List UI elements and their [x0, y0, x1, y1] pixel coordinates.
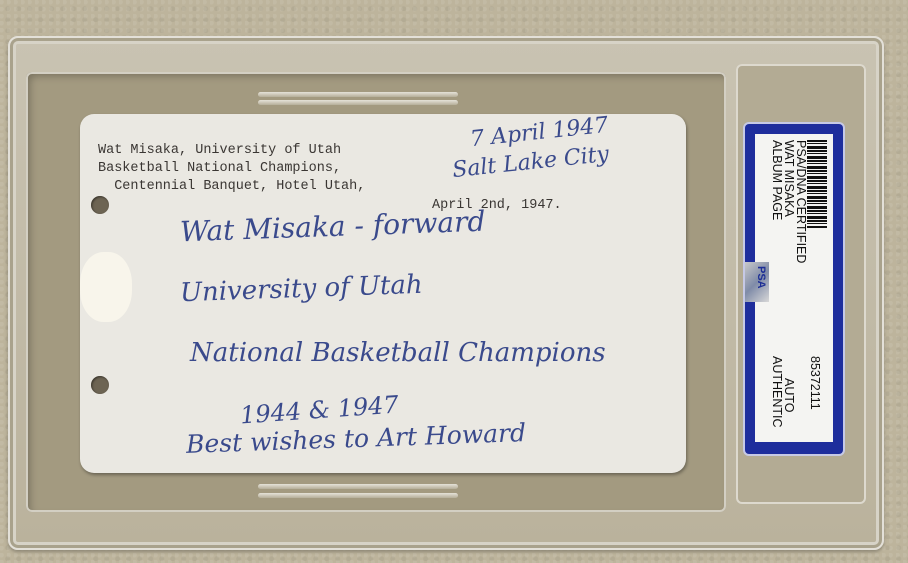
label-certification: PSA/DNA CERTIFIED	[794, 140, 807, 263]
inscription-university: University of Utah	[180, 270, 424, 308]
inscription-champions: National Basketball Champions	[190, 338, 606, 368]
typed-caption: Wat Misaka, University of UtahBasketball…	[98, 142, 365, 196]
case-rail-bottom-2	[258, 493, 458, 498]
case-rail-top	[258, 92, 458, 97]
binder-hole-top	[91, 196, 109, 214]
case-rail-top-2	[258, 100, 458, 105]
case-rail-bottom	[258, 484, 458, 489]
typed-line-3: Centennial Banquet, Hotel Utah,	[98, 178, 365, 196]
inscription-dedication: Best wishes to Art Howard	[186, 418, 527, 459]
label-cert-number: 85372111	[808, 356, 821, 410]
barcode-icon	[807, 140, 827, 228]
binder-hole-bottom	[91, 376, 109, 394]
signature-line: Wat Misaka - forward	[180, 205, 486, 249]
label-grade-type: AUTO	[782, 378, 795, 413]
autographed-card: Wat Misaka, University of UtahBasketball…	[80, 114, 686, 473]
paper-stain	[80, 252, 132, 322]
psa-hologram-icon: PSA	[745, 262, 769, 302]
psa-logo-text: PSA	[755, 266, 767, 289]
typed-line-1: Wat Misaka, University of Utah	[98, 142, 365, 160]
psa-label: ALBUM PAGE WAT MISAKA PSA/DNA CERTIFIED …	[745, 124, 843, 454]
typed-line-2: Basketball National Champions,	[98, 160, 365, 178]
